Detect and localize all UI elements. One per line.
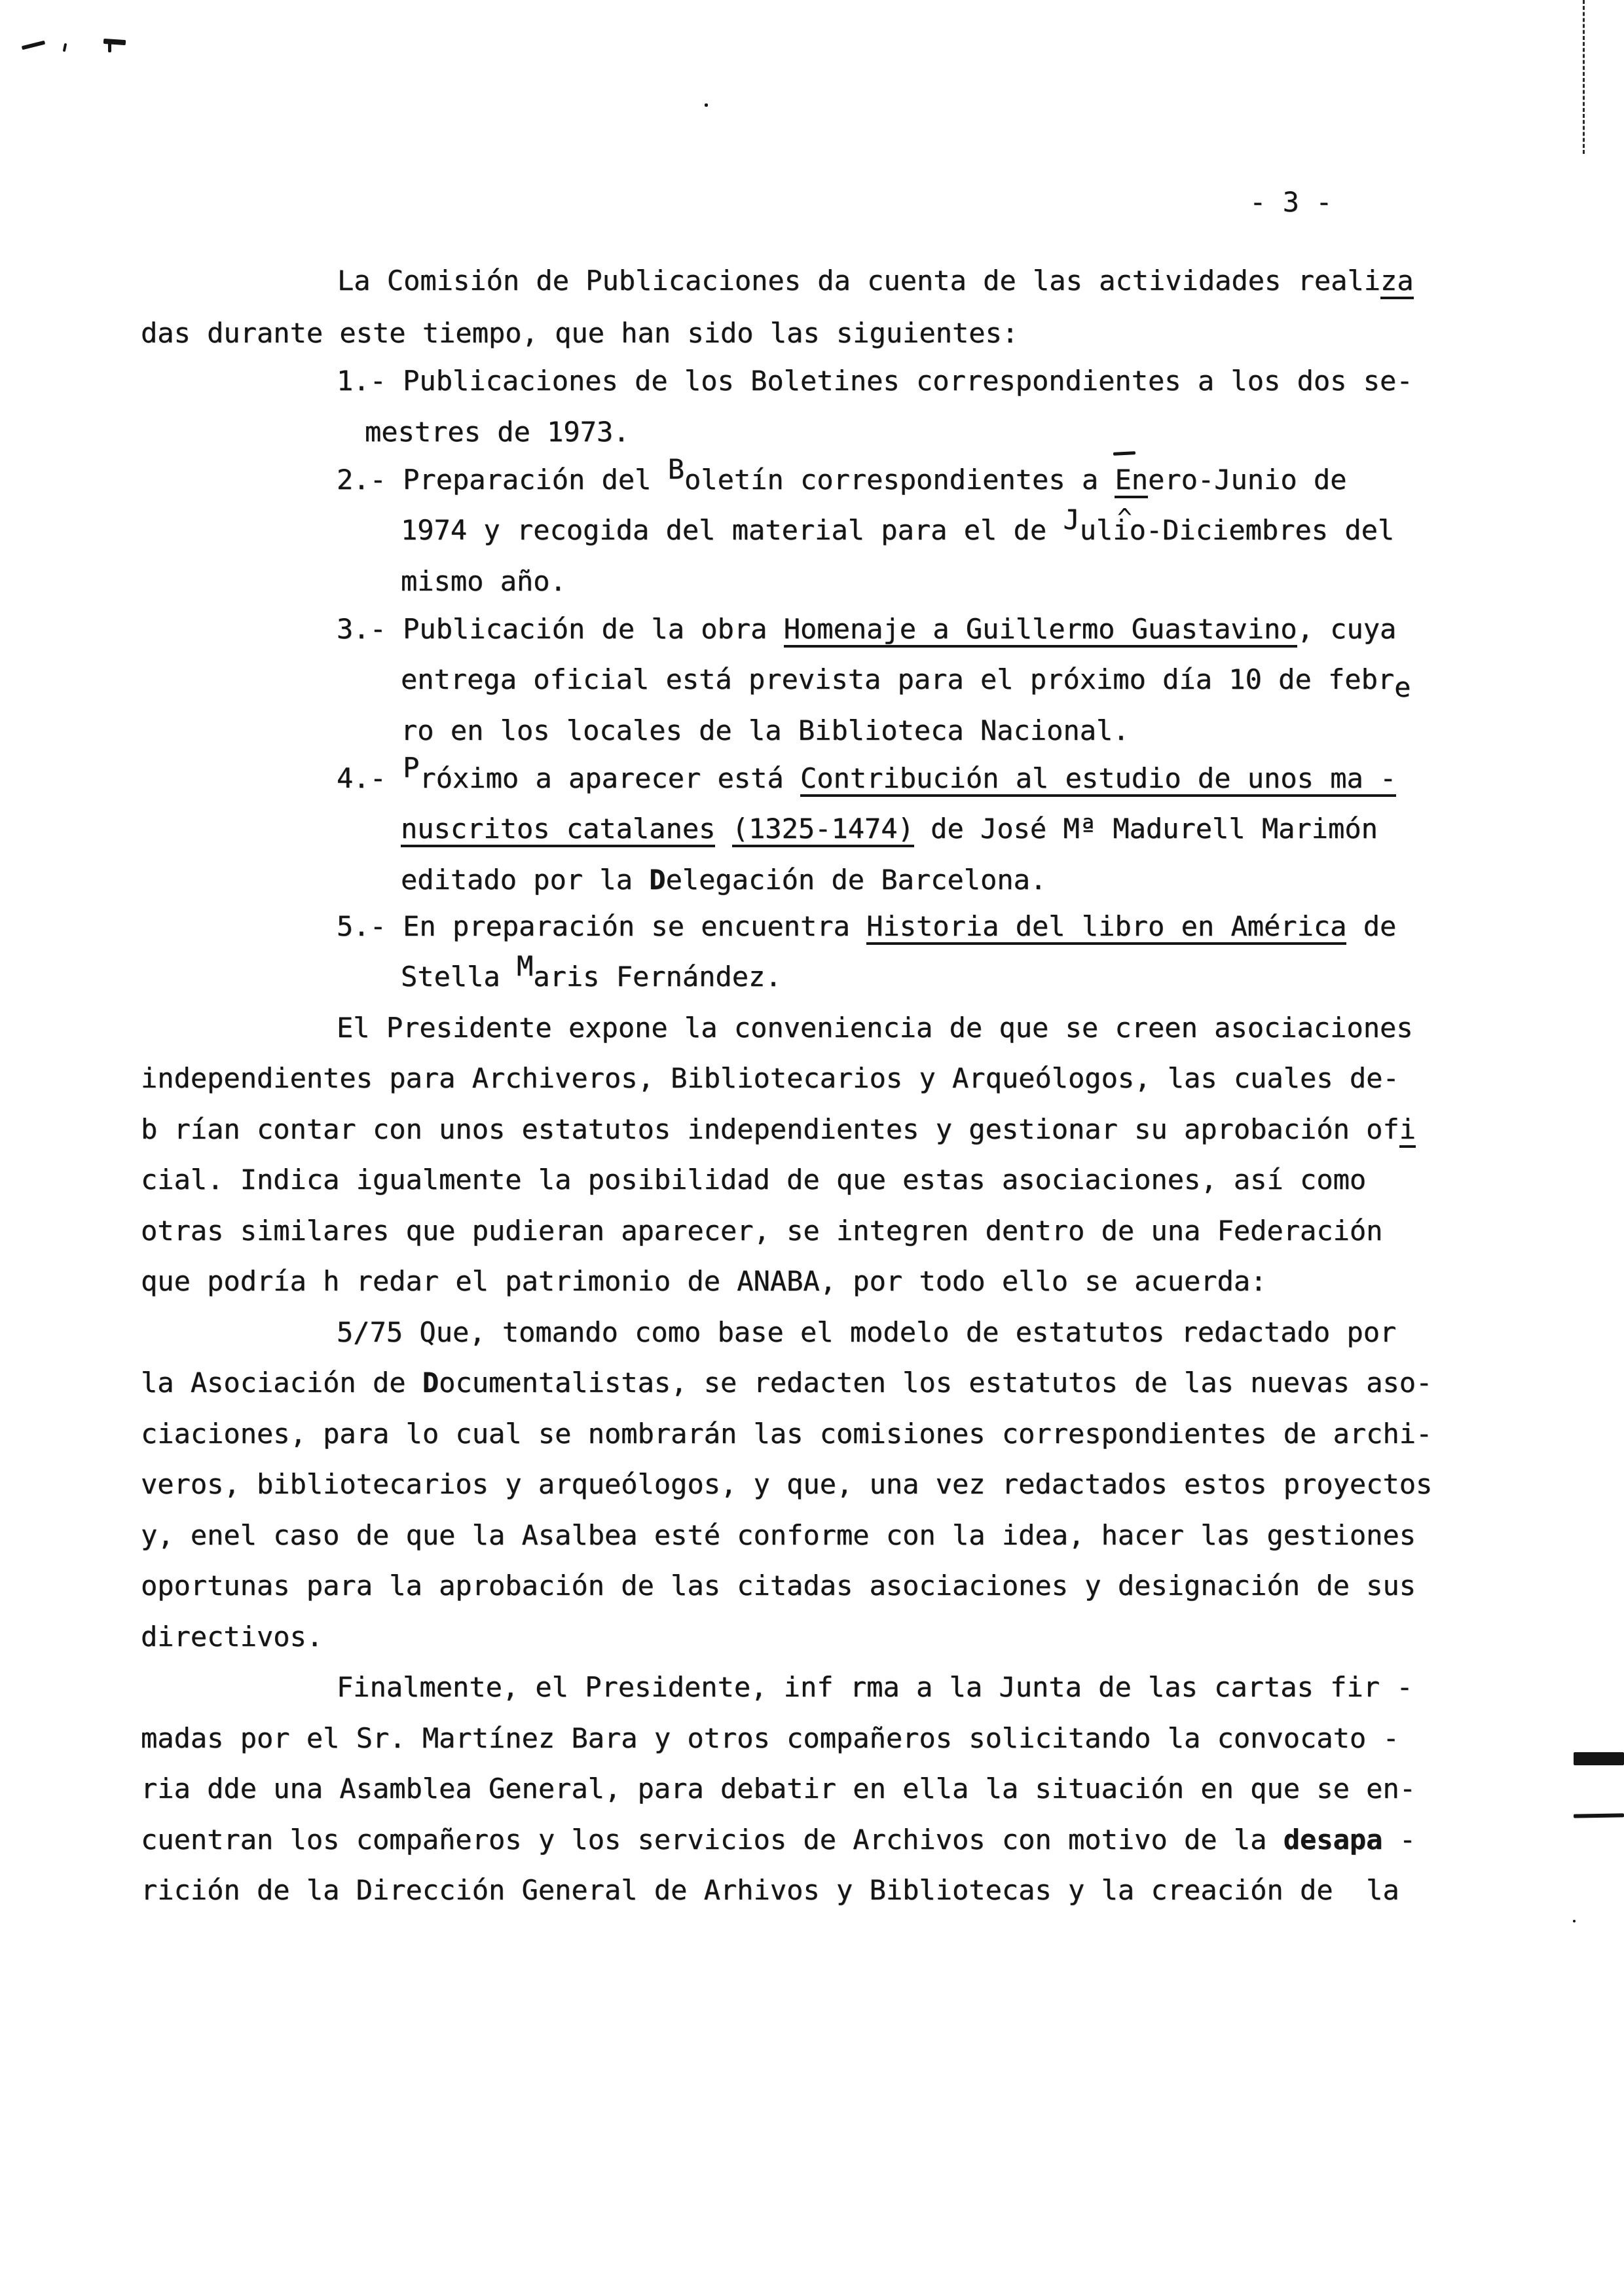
text-segment: madas por el Sr. Martínez Bara y otros c…: [141, 1725, 1399, 1752]
text-line: directivos.: [141, 1623, 323, 1651]
text-segment: B: [668, 456, 684, 483]
text-line: La Comisión de Publicaciones da cuenta d…: [337, 267, 1414, 299]
text-line: 2.- Preparación del Boletín correspondie…: [337, 466, 1347, 498]
text-line: mestres de 1973.: [365, 418, 630, 446]
text-line: ciaciones, para lo cual se nombrarán las…: [141, 1420, 1432, 1448]
document-page: - 3 - La Comisión de Publicaciones da cu…: [0, 0, 1624, 2295]
text-segment: e: [1394, 674, 1411, 701]
text-segment: das durante este tiempo, que han sido la…: [141, 320, 1018, 347]
correction-dash: [1113, 451, 1135, 456]
text-line: independientes para Archiveros, Bibliote…: [141, 1065, 1399, 1092]
text-line: la Asociación de Documentalistas, se red…: [141, 1369, 1432, 1397]
text-segment: Homenaje a Guillermo Guastavino: [784, 615, 1297, 648]
text-segment: 3.- Publicación de la obra: [337, 615, 784, 643]
text-line: madas por el Sr. Martínez Bara y otros c…: [141, 1725, 1399, 1752]
text-segment: ria dde una Asamblea General, para debat…: [141, 1775, 1416, 1803]
text-segment: Stella: [401, 963, 517, 991]
text-segment: D: [649, 866, 665, 894]
text-segment: b rían contar con unos estatutos indepen…: [141, 1116, 1399, 1143]
text-segment: Historia del libro en América: [866, 913, 1346, 945]
text-line: nuscritos catalanes (1325-1474) de José …: [401, 815, 1378, 847]
text-segment: independientes para Archiveros, Bibliote…: [141, 1065, 1399, 1092]
text-segment: desapa: [1283, 1826, 1383, 1854]
text-line: 1.- Publicaciones de los Boletines corre…: [337, 367, 1413, 395]
text-segment: veros, bibliotecarios y arqueólogos, y q…: [141, 1471, 1432, 1498]
text-line: otras similares que pudieran aparecer, s…: [141, 1217, 1382, 1245]
text-segment: otras similares que pudieran aparecer, s…: [141, 1217, 1382, 1245]
text-segment: rición de la Dirección General de Arhivo…: [141, 1877, 1399, 1904]
text-line: veros, bibliotecarios y arqueólogos, y q…: [141, 1471, 1432, 1498]
text-line: ria dde una Asamblea General, para debat…: [141, 1775, 1416, 1803]
text-segment: oportunas para la aprobación de las cita…: [141, 1572, 1416, 1600]
text-line: b rían contar con unos estatutos indepen…: [141, 1116, 1416, 1148]
text-segment: Contribución al estudio de unos ma -: [800, 765, 1396, 797]
text-segment: aris Fernández.: [533, 963, 781, 991]
text-segment: [715, 815, 731, 843]
text-line: 1974 y recogida del material para el de …: [401, 517, 1394, 544]
text-segment: mismo año.: [401, 568, 566, 595]
text-segment: , cuya: [1297, 615, 1397, 643]
pen-stroke-mark: [22, 41, 45, 50]
text-segment: la Asociación de: [141, 1369, 422, 1397]
ink-dot: [1573, 1920, 1576, 1922]
text-line: rición de la Dirección General de Arhivo…: [141, 1877, 1399, 1904]
text-line: que podría h redar el patrimonio de ANAB…: [141, 1268, 1266, 1295]
text-segment: 5/75 Que, tomando como base el modelo de…: [337, 1319, 1396, 1346]
text-line: Finalmente, el Presidente, inf rma a la …: [337, 1674, 1413, 1701]
text-segment: D: [422, 1369, 439, 1397]
text-line: editado por la Delegación de Barcelona.: [401, 866, 1046, 894]
text-line: El Presidente expone la conveniencia de …: [337, 1014, 1413, 1042]
text-line: 3.- Publicación de la obra Homenaje a Gu…: [337, 615, 1396, 648]
text-line: ro en los locales de la Biblioteca Nacio…: [401, 717, 1130, 744]
text-segment: directivos.: [141, 1623, 323, 1651]
text-segment: ocumentalistas, se redacten los estatuto…: [439, 1369, 1432, 1397]
text-line: cuentran los compañeros y los servicios …: [141, 1826, 1416, 1854]
text-segment: 2.- Preparación del: [337, 466, 668, 494]
correction-caret: ^: [1117, 505, 1132, 530]
text-segment: de José Mª Madurell Marimón: [914, 815, 1378, 843]
text-line: entrega oficial está prevista para el pr…: [401, 666, 1411, 693]
text-segment: -: [1382, 1826, 1416, 1854]
text-line: mismo año.: [401, 568, 566, 595]
text-segment: ciaciones, para lo cual se nombrarán las…: [141, 1420, 1432, 1448]
text-segment: editado por la: [401, 866, 649, 894]
text-segment: Finalmente, el Presidente, inf rma a la …: [337, 1674, 1413, 1701]
text-line: y, enel caso de que la Asalbea esté conf…: [141, 1522, 1416, 1549]
text-segment: nuscritos catalanes: [401, 815, 715, 847]
pen-tick-mark: [108, 41, 111, 52]
text-segment: mestres de 1973.: [365, 418, 630, 446]
text-segment: cuentran los compañeros y los servicios …: [141, 1826, 1283, 1854]
edge-dashed-line: [1583, 0, 1585, 154]
text-segment: 1974 y recogida del material para el de: [401, 517, 1063, 544]
text-line: 5.- En preparación se encuentra Historia…: [337, 913, 1396, 945]
text-line: 4.- Próximo a aparecer está Contribución…: [337, 765, 1396, 797]
text-line: oportunas para la aprobación de las cita…: [141, 1572, 1416, 1600]
text-segment: 4.-: [337, 765, 403, 792]
edge-squiggle-line: [1574, 1813, 1624, 1818]
text-line: Stella Maris Fernández.: [401, 963, 782, 991]
text-segment: La Comisión de Publicaciones da cuenta d…: [337, 267, 1380, 295]
text-segment: cial. Indica igualmente la posibilidad d…: [141, 1166, 1366, 1194]
ink-dot: [705, 103, 708, 107]
text-line: cial. Indica igualmente la posibilidad d…: [141, 1166, 1366, 1194]
text-segment: J: [1063, 506, 1079, 534]
page-number: - 3 -: [1249, 189, 1332, 216]
text-segment: ero-Junio de: [1148, 466, 1346, 494]
text-segment: róximo a aparecer está: [419, 765, 800, 792]
text-segment: de: [1346, 913, 1396, 940]
text-segment: 5.- En preparación se encuentra: [337, 913, 866, 940]
edge-black-bar: [1574, 1752, 1624, 1765]
text-segment: que podría h redar el patrimonio de ANAB…: [141, 1268, 1266, 1295]
text-segment: i: [1399, 1116, 1416, 1148]
pen-tick-mark: [63, 43, 67, 52]
text-segment: M: [517, 953, 533, 980]
text-line: das durante este tiempo, que han sido la…: [141, 320, 1018, 347]
pen-stroke-mark: [103, 39, 126, 45]
text-segment: elegación de Barcelona.: [666, 866, 1047, 894]
text-segment: entrega oficial está prevista para el pr…: [401, 666, 1394, 693]
text-segment: (1325-1474): [732, 815, 914, 847]
text-segment: ro en los locales de la Biblioteca Nacio…: [401, 717, 1130, 744]
text-segment: za: [1380, 267, 1414, 299]
text-segment: P: [403, 754, 419, 782]
text-segment: 1.- Publicaciones de los Boletines corre…: [337, 367, 1413, 395]
text-segment: y, enel caso de que la Asalbea esté conf…: [141, 1522, 1416, 1549]
text-segment: oletín correspondientes a: [684, 466, 1115, 494]
text-line: 5/75 Que, tomando como base el modelo de…: [337, 1319, 1396, 1346]
text-segment: El Presidente expone la conveniencia de …: [337, 1014, 1413, 1042]
text-segment: En: [1115, 466, 1148, 498]
